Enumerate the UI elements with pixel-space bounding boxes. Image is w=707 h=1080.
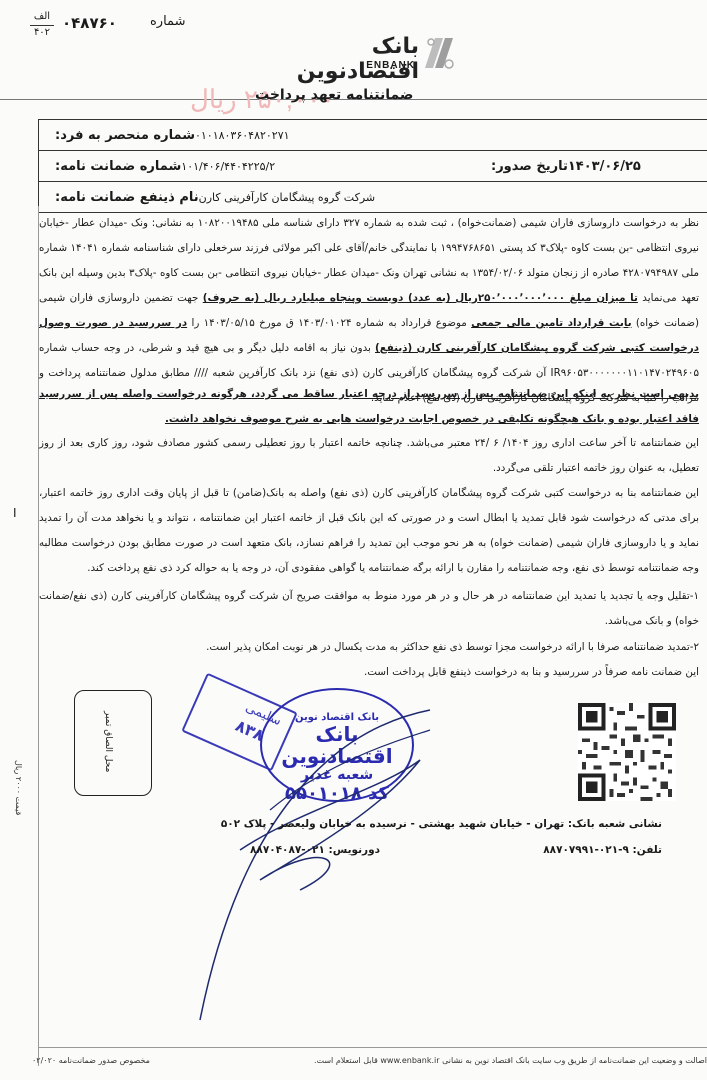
qr-code[interactable]	[578, 703, 676, 801]
beneficiary-row: نام ذینفع ضمانت نامه: شرکت گروه پیشگامان…	[39, 182, 707, 212]
branch-phone: تلفن: ۹-۰۲۱-۸۸۷۰۷۹۹۱	[543, 844, 662, 856]
p1-amount: تا میزان مبلغ ۲۵۰٬۰۰۰٬۰۰۰٬۰۰۰ریال (به عد…	[203, 292, 638, 304]
bank-logo: بانک اقتصادنوین ENBANK	[285, 34, 455, 74]
serial-label: شماره	[150, 14, 185, 29]
verification-note: اصالت و وضعیت این ضمانت‌نامه از طریق وب …	[314, 1056, 707, 1065]
bank-name-fa: بانک اقتصادنوین	[285, 34, 419, 84]
paragraph-expiry-notice: بدیهی است نظر به اینکه این ضمانتنامه پس …	[39, 382, 699, 432]
guarantee-no-value: ۱۰۱/۴۰۶/۴۴۰۴۲۲۵/۲	[181, 160, 275, 173]
bank-name-en: ENBANK	[366, 60, 415, 71]
branch-address: نشانی شعبه بانک: تهران - خیابان شهید بهش…	[221, 818, 662, 830]
paragraph-payment: این ضمانت نامه صرفاً در سررسید و بنا به …	[39, 660, 699, 685]
margin-mark: I	[13, 506, 17, 520]
p1-text-c: موضوع قرارداد به شماره ۱۴۰۳/۰۱۰۲۴ ق مورخ…	[187, 317, 471, 329]
paragraph-main: نظر به درخواست داروسازی فاران شیمی (ضمان…	[39, 211, 699, 411]
p1-text-a: نظر به درخواست داروسازی فاران شیمی (ضمان…	[39, 217, 699, 304]
tax-stamp-label: محل الصاق تمبر	[103, 711, 113, 772]
series-bottom: ۴۰۲	[30, 26, 54, 40]
issue-date-label: تاریخ صدور:	[491, 159, 568, 174]
beneficiary-value: شرکت گروه پیشگامان کارآفرینی کارن	[199, 191, 375, 204]
vertical-note: قيمت ۲۰۰۰ ريال	[14, 760, 23, 815]
unique-id-label: شماره منحصر به فرد:	[55, 128, 195, 143]
issue-date-value: ۱۴۰۳/۰۶/۲۵	[568, 159, 641, 174]
tax-stamp-box: محل الصاق تمبر	[74, 690, 152, 796]
series-fraction: الف ۴۰۲	[30, 10, 54, 40]
form-code: مخصوص صدور ضمانت‌نامه ۰۲/۰۲۰	[32, 1056, 150, 1065]
document-title: ضمانتنامه تعهد پرداخت	[255, 87, 413, 103]
guarantee-no-label: شماره ضمانت نامه:	[55, 159, 181, 174]
branch-fax: دورنویس: ۰۲۱-۸۸۷۰۴۰۸۷	[250, 844, 380, 856]
enbank-logo-icon	[425, 36, 455, 70]
serial-number: ۰۴۸۷۶۰	[62, 14, 117, 32]
paragraph-clause-2: ۲-تمدید ضمانتنامه صرفا با ارائه درخواست …	[39, 635, 699, 660]
paragraph-clause-1: ۱-تقلیل وجه یا تجدید یا تمدید این ضمانتن…	[39, 584, 699, 634]
paragraph-extension: این ضمانتنامه بنا به درخواست کتبی شرکت گ…	[39, 481, 699, 581]
unique-id-value: ۰۱۰۱۸۰۳۶۰۴۸۲۰۲۷۱	[195, 129, 290, 142]
frame-bottom-border	[38, 1047, 707, 1048]
signature-icon	[180, 700, 440, 1030]
guarantee-row: شماره ضمانت نامه: ۱۰۱/۴۰۶/۴۴۰۴۲۲۵/۲ تاری…	[39, 151, 707, 182]
unique-id-row: شماره منحصر به فرد: ۰۱۰۱۸۰۳۶۰۴۸۲۰۲۷۱	[39, 120, 707, 151]
info-table: شماره منحصر به فرد: ۰۱۰۱۸۰۳۶۰۴۸۲۰۲۷۱ شما…	[38, 119, 707, 213]
p1-contract: بابت قرارداد تامین مالی جمعی	[471, 317, 631, 329]
beneficiary-label: نام ذینفع ضمانت نامه:	[55, 190, 199, 205]
series-top: الف	[30, 10, 54, 26]
paragraph-validity: این ضمانتنامه تا آخر ساعت اداری روز ۱۴۰۴…	[39, 431, 699, 481]
